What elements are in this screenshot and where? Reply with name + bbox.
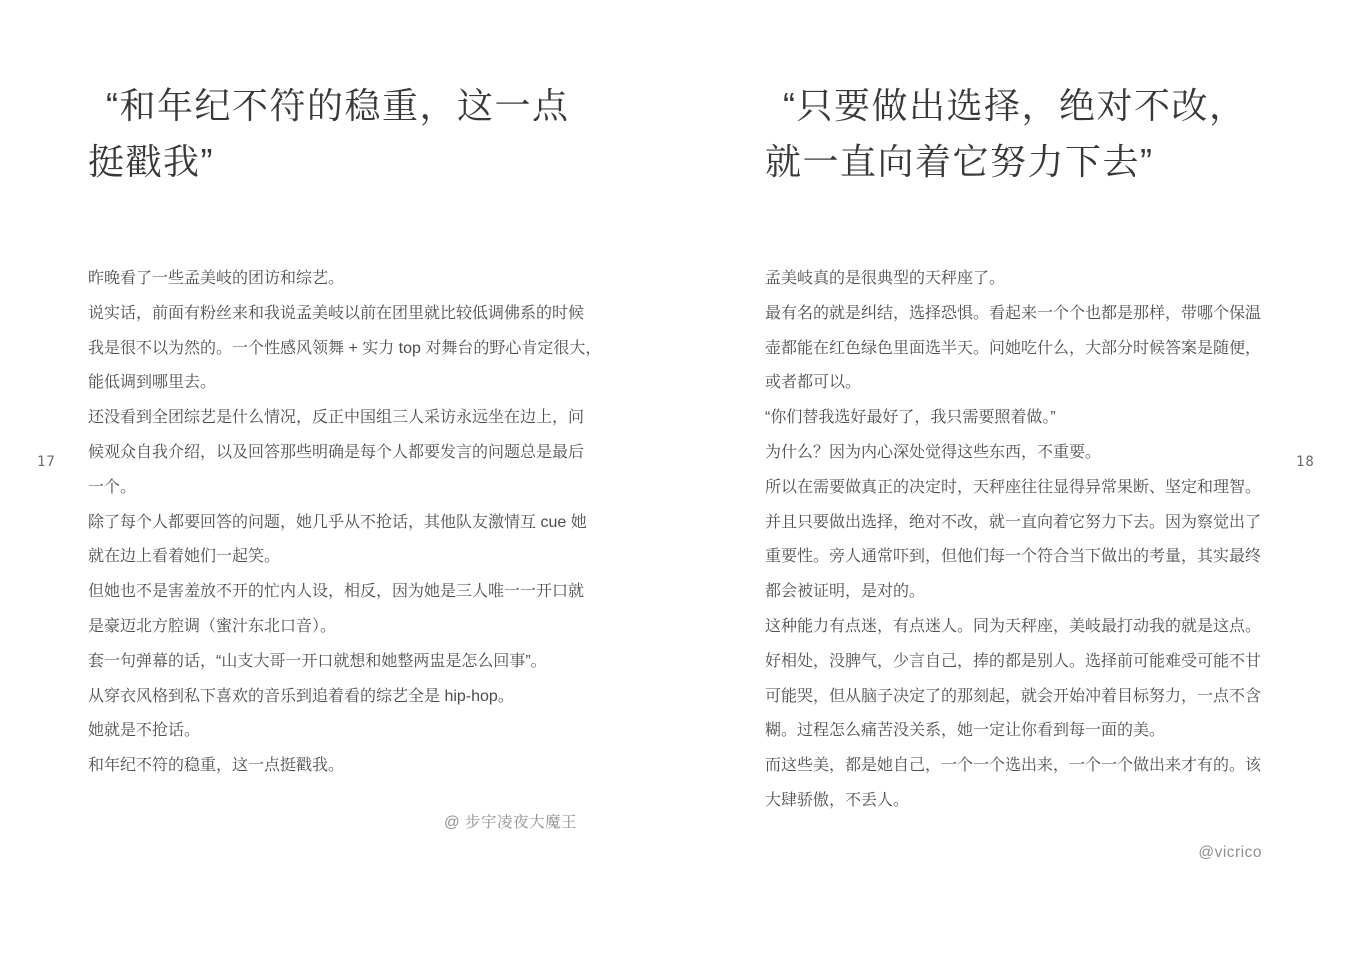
text-line: 是豪迈北方腔调（蜜汁东北口音）。 <box>88 610 608 645</box>
right-page-title: “只要做出选择，绝对不改，就一直向着它努力下去” <box>765 78 1247 190</box>
text-line: 就一直向着它努力下去” <box>765 134 1247 190</box>
text-line: 能低调到哪里去。 <box>88 366 608 401</box>
text-line: 除了每个人都要回答的问题，她几乎从不抢话，其他队友激情互 cue 她 <box>88 506 608 541</box>
text-line: 都会被证明，是对的。 <box>765 575 1285 610</box>
text-line: 最有名的就是纠结，选择恐惧。看起来一个个也都是那样，带哪个保温 <box>765 297 1285 332</box>
text-line: 就在边上看着她们一起笑。 <box>88 540 608 575</box>
text-line: “你们替我选好最好了，我只需要照着做。” <box>765 401 1285 436</box>
text-line: 壶都能在红色绿色里面选半天。问她吃什么，大部分时候答案是随便， <box>765 332 1285 367</box>
text-line: 大肆骄傲，不丢人。 <box>765 784 1285 819</box>
page-number-left: 17 <box>37 454 56 470</box>
book-spread: 17 18 “和年纪不符的稳重，这一点挺戳我” 昨晚看了一些孟美岐的团访和综艺。… <box>0 0 1354 956</box>
text-line: 而这些美，都是她自己，一个一个选出来，一个一个做出来才有的。该 <box>765 749 1285 784</box>
left-page-attribution: @ 步宇凌夜大魔王 <box>88 810 585 832</box>
text-line: 和年纪不符的稳重，这一点挺戳我。 <box>88 749 608 784</box>
text-line: 为什么？因为内心深处觉得这些东西，不重要。 <box>765 436 1285 471</box>
text-line: 重要性。旁人通常吓到，但他们每一个符合当下做出的考量，其实最终 <box>765 540 1285 575</box>
text-line: 所以在需要做真正的决定时，天秤座往往显得异常果断、坚定和理智。 <box>765 471 1285 506</box>
text-line: 但她也不是害羞放不开的忙内人设，相反，因为她是三人唯一一开口就 <box>88 575 608 610</box>
text-line: 孟美岐真的是很典型的天秤座了。 <box>765 262 1285 297</box>
text-line: 可能哭，但从脑子决定了的那刻起，就会开始冲着目标努力，一点不含 <box>765 680 1285 715</box>
text-line: 昨晚看了一些孟美岐的团访和综艺。 <box>88 262 608 297</box>
text-line: 挺戳我” <box>88 134 570 190</box>
right-page-body: 孟美岐真的是很典型的天秤座了。最有名的就是纠结，选择恐惧。看起来一个个也都是那样… <box>765 262 1285 819</box>
left-page-title: “和年纪不符的稳重，这一点挺戳我” <box>88 78 570 190</box>
right-page-attribution: @vicrico <box>765 844 1262 862</box>
text-line: 候观众自我介绍，以及回答那些明确是每个人都要发言的问题总是最后 <box>88 436 608 471</box>
text-line: 从穿衣风格到私下喜欢的音乐到追着看的综艺全是 hip-hop。 <box>88 680 608 715</box>
text-line: 这种能力有点迷，有点迷人。同为天秤座，美岐最打动我的就是这点。 <box>765 610 1285 645</box>
text-line: 好相处，没脾气，少言自己，捧的都是别人。选择前可能难受可能不甘 <box>765 645 1285 680</box>
text-line: 套一句弹幕的话，“山支大哥一开口就想和她整两盅是怎么回事”。 <box>88 645 608 680</box>
text-line: 我是很不以为然的。一个性感风领舞 + 实力 top 对舞台的野心肯定很大， <box>88 332 608 367</box>
text-line: 或者都可以。 <box>765 366 1285 401</box>
text-line: 并且只要做出选择，绝对不改，就一直向着它努力下去。因为察觉出了 <box>765 506 1285 541</box>
text-line: 她就是不抢话。 <box>88 714 608 749</box>
page-number-right: 18 <box>1296 454 1315 470</box>
text-line: 还没看到全团综艺是什么情况，反正中国组三人采访永远坐在边上，问 <box>88 401 608 436</box>
text-line: “只要做出选择，绝对不改， <box>765 78 1247 134</box>
text-line: 一个。 <box>88 471 608 506</box>
text-line: “和年纪不符的稳重，这一点 <box>88 78 570 134</box>
text-line: 糊。过程怎么痛苦没关系，她一定让你看到每一面的美。 <box>765 714 1285 749</box>
text-line: 说实话，前面有粉丝来和我说孟美岐以前在团里就比较低调佛系的时候 <box>88 297 608 332</box>
left-page-body: 昨晚看了一些孟美岐的团访和综艺。说实话，前面有粉丝来和我说孟美岐以前在团里就比较… <box>88 262 608 784</box>
